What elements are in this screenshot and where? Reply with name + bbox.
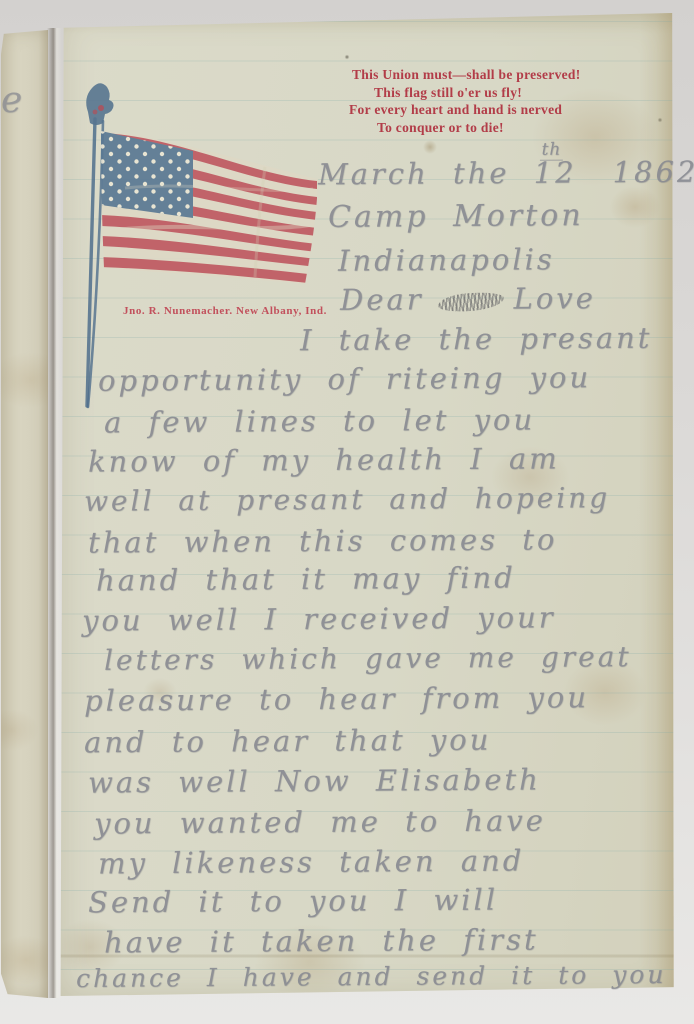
body-line: I take the presant [300, 321, 653, 357]
date-ordinal-suffix: th [539, 140, 563, 161]
body-line: chance I have and send it to you [76, 960, 667, 993]
motto-line-1: This Union must—shall be preserved! [352, 66, 659, 84]
body-line: have it taken the first [104, 922, 539, 959]
scratched-out-word [437, 290, 504, 313]
flag-body [101, 131, 318, 284]
handwriting-fragment: e [1, 80, 22, 121]
salutation-love: Love [513, 281, 596, 316]
body-line: pleasure to hear from you [84, 680, 589, 718]
body-line: you well I received your [82, 600, 556, 637]
salutation-dear: Dear [340, 282, 424, 317]
date-line: March the 12th1862 [318, 155, 694, 192]
body-line: well at presant and hopeing [84, 481, 610, 518]
photograph-of-civil-war-letter: e This Union must—shall be preserved! Th… [0, 0, 694, 1024]
patriotic-motto: This Union must—shall be preserved! This… [349, 66, 659, 136]
folded-page-edge: e [1, 30, 48, 998]
motto-line-3: For every heart and hand is nerved [349, 101, 659, 119]
place-line-city: Indianapolis [338, 242, 555, 278]
flag-stars [101, 131, 193, 218]
body-line: letters which gave me great [104, 640, 632, 677]
body-line: know of my health I am [88, 441, 560, 478]
body-line: was well Now Elisabeth [88, 762, 541, 799]
motto-line-2: This flag still o'er us fly! [374, 84, 659, 102]
date-pre: March the [318, 156, 534, 192]
body-line: that when this comes to [88, 522, 558, 559]
place-line-camp: Camp Morton [328, 198, 584, 235]
body-line: and to hear that you [84, 723, 492, 760]
printer-imprint: Jno. R. Nunemacher. New Albany, Ind. [123, 305, 327, 317]
motto-line-4: To conquer or to die! [377, 119, 659, 137]
date-number-wrap: 12th [534, 156, 577, 190]
body-line: my likeness taken and [98, 844, 525, 881]
eagle-finial-icon [86, 83, 113, 125]
body-line: you wanted me to have [94, 803, 546, 840]
salutation-line: DearLove [340, 281, 596, 317]
body-line: opportunity of riteing you [98, 360, 591, 397]
body-line: Send it to you I will [88, 883, 498, 920]
body-line: a few lines to let you [104, 402, 535, 439]
body-line: hand that it may find [96, 561, 516, 598]
date-year: 1862 [612, 155, 694, 190]
